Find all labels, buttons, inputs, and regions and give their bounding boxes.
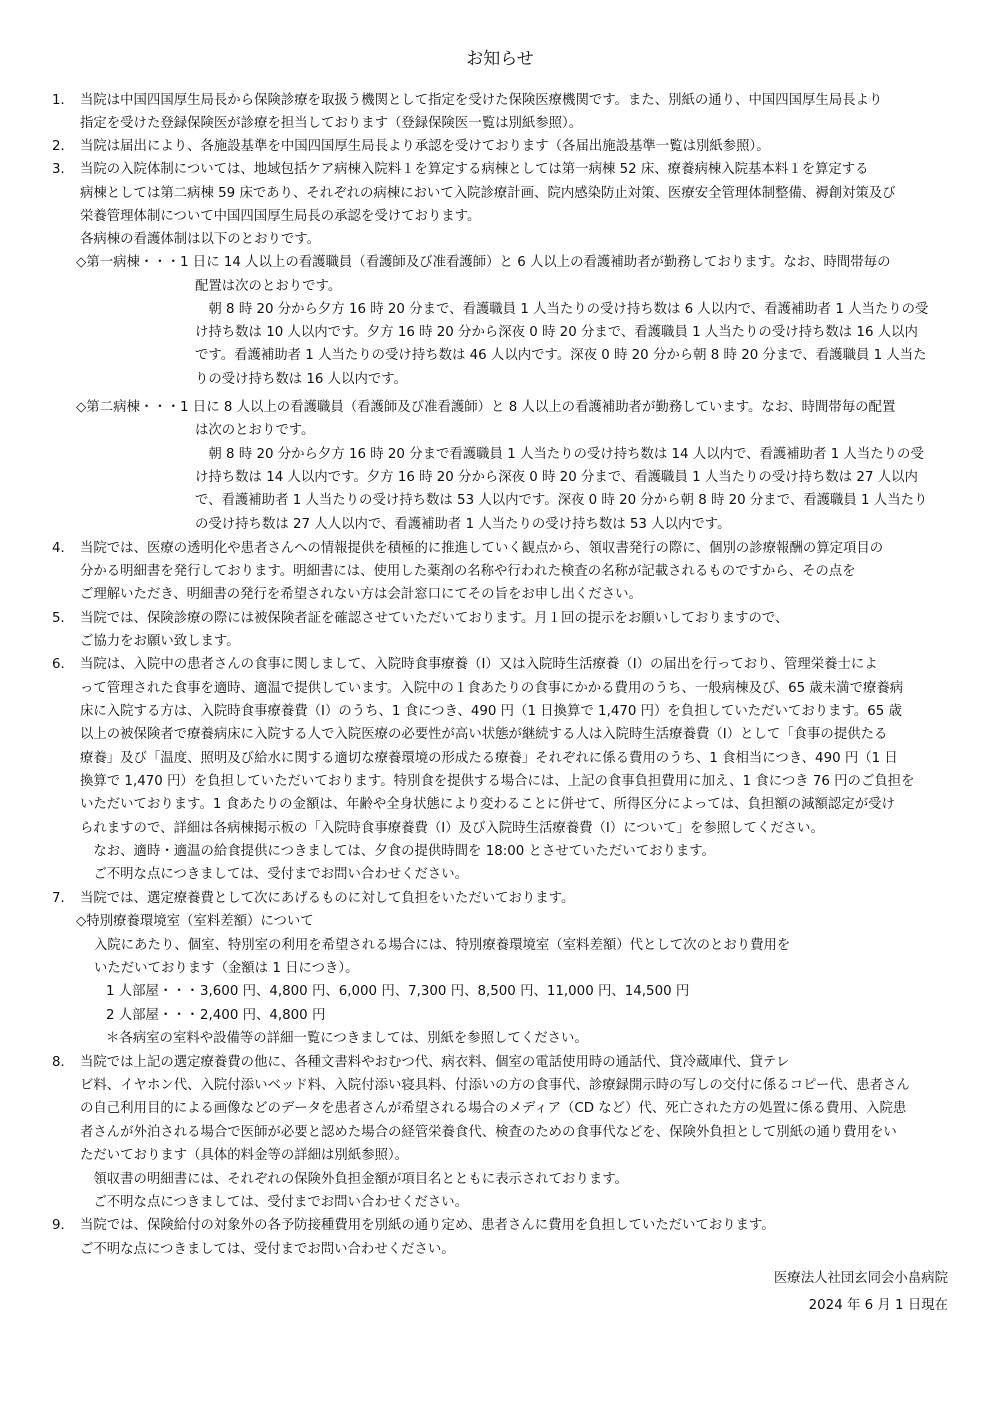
item-6-line-10: ご不明な点につきましては、受付までお問い合わせください。	[80, 866, 468, 884]
ward-2-heading: ◇第二病棟・・・1 日に 8 人以上の看護職員（看護師及び准看護師）と 8 人以…	[76, 399, 895, 417]
item-8-line-2: ビ料、イヤホン代、入院付添いベッド料、入院付添い寝具料、付添いの方の食事代、診療…	[80, 1077, 910, 1095]
ward-2-line: で、看護補助者 1 人当たりの受け持ち数は 53 人以内です。深夜 0 時 20…	[195, 492, 927, 510]
ward-1-line: 配置は次のとおりです。	[195, 278, 341, 296]
item-8-number: 8．	[52, 1054, 74, 1072]
item-1-number: 1．	[52, 92, 74, 110]
item-3-number: 3．	[52, 161, 74, 179]
room-note: ＊各病室の室料や設備等の詳細一覧につきましては、別紙を参照してください。	[106, 1030, 588, 1048]
item-1-line-1: 当院は中国四国厚生局長から保険診療を取扱う機関として指定を受けた保険医療機関です…	[80, 92, 882, 110]
item-7-line-1: 当院では、選定療養費として次にあげるものに対して負担をいただいております。	[80, 890, 574, 908]
item-9-line-2: ご不明な点につきましては、受付までお問い合わせください。	[80, 1241, 455, 1259]
item-6-line-6: 換算で 1,470 円）を負担していただいております。特別食を提供する場合には、…	[80, 773, 915, 791]
notice-title: お知らせ	[0, 48, 1000, 70]
item-4-line-1: 当院では、医療の透明化や患者さんへの情報提供を積極的に推進していく観点から、領収…	[80, 540, 883, 558]
item-2-number: 2．	[52, 138, 74, 156]
item-9-line-1: 当院では、保険給付の対象外の各予防接種費用を別紙の通り定め、患者さんに費用を負担…	[80, 1217, 775, 1235]
single-room-prices: 3,600 円、4,800 円、6,000 円、7,300 円、8,500 円、…	[200, 983, 689, 1001]
item-1-line-2: 指定を受けた登録保険医が診療を担当しております（登録保険医一覧は別紙参照）。	[80, 115, 582, 133]
double-room-label: 2 人部屋・・・	[106, 1007, 199, 1025]
organization-name: 医療法人社団玄同会小畠病院	[774, 1270, 948, 1288]
item-8-line-1: 当院では上記の選定療養費の他に、各種文書料やおむつ代、病衣料、個室の電話使用時の…	[80, 1054, 789, 1072]
item-5-number: 5．	[52, 610, 74, 628]
item-7-number: 7．	[52, 890, 74, 908]
ward-2-line: の受け持ち数は 27 人人以内で、看護補助者 1 人当たりの受け持ち数は 53 …	[195, 516, 730, 534]
item-6-line-2: って管理された食事を適時、適温で提供しています。入院中の１食あたりの食事にかかる…	[80, 680, 903, 698]
item-4-line-3: ご理解いただき、明細書の発行を希望されない方は会計窓口にてその旨をお申し出くださ…	[80, 586, 642, 604]
item-3-line-4: 各病棟の看護体制は以下のとおりです。	[80, 231, 320, 249]
double-room-prices: 2,400 円、4,800 円	[200, 1007, 325, 1025]
item-4-number: 4．	[52, 540, 74, 558]
ward-1-line: 朝 8 時 20 分から夕方 16 時 20 分まで、看護職員 1 人当たりの受…	[195, 301, 928, 319]
item-2-line-1: 当院は届出により、各施設基準を中国四国厚生局長より承認を受けております（各届出施…	[80, 138, 770, 156]
item-3-line-1: 当院の入院体制については、地域包括ケア病棟入院料１を算定する病棟としては第一病棟…	[80, 161, 869, 179]
item-6-line-9: なお、適時・適温の給食提供につきましては、夕食の提供時間を 18:00 とさせて…	[80, 843, 715, 861]
item-8-line-7: ご不明な点につきましては、受付までお問い合わせください。	[80, 1194, 468, 1212]
item-8-line-6: 領収書の明細書には、それぞれの保険外負担金額が項目名とともに表示されております。	[80, 1171, 628, 1189]
item-6-number: 6．	[52, 656, 74, 674]
single-room-label: 1 人部屋・・・	[106, 983, 199, 1001]
issue-date: 2024 年 6 月 1 日現在	[809, 1297, 948, 1315]
item-3-line-3: 栄養管理体制について中国四国厚生局長の承認を受けております。	[80, 208, 480, 226]
special-room-line-1: 入院にあたり、個室、特別室の利用を希望される場合には、特別療養環境室（室料差額）…	[94, 937, 790, 955]
item-5-line-2: ご協力をお願い致します。	[80, 633, 240, 651]
special-room-line-2: いただいております（金額は 1 日につき）。	[94, 960, 359, 978]
item-6-line-4: 以上の被保険者で療養病床に入院する人で入院医療の必要性が高い状態が継続する人は入…	[80, 726, 887, 744]
ward-1-line: です。看護補助者 1 人当たりの受け持ち数は 46 人以内です。深夜 0 時 2…	[195, 347, 927, 365]
ward-1-line: け持ち数は 10 人以内です。夕方 16 時 20 分から深夜 0 時 20 分…	[195, 324, 918, 342]
ward-2-line: け持ち数は 14 人以内です。夕方 16 時 20 分から深夜 0 時 20 分…	[195, 469, 918, 487]
item-8-line-4: 者さんが外泊される場合で医師が必要と認めた場合の経管栄養食代、検査のための食事代…	[80, 1124, 897, 1142]
item-8-line-5: ただいております（具体的料金等の詳細は別紙参照）。	[80, 1147, 408, 1165]
ward-1-line: りの受け持ち数は 16 人以内です。	[195, 371, 407, 389]
item-4-line-2: 分かる明細書を発行しております。明細書には、使用した薬剤の名称や行われた検査の名…	[80, 563, 856, 581]
ward-1-heading: ◇第一病棟・・・1 日に 14 人以上の看護職員（看護師及び准看護師）と 6 人…	[76, 254, 890, 272]
item-6-line-3: 床に入院する方は、入院時食事療養費（Ⅰ）のうち、1 食につき、490 円（1 日…	[80, 703, 902, 721]
special-room-heading: ◇特別療養環境室（室料差額）について	[76, 913, 314, 931]
ward-2-line: 朝 8 時 20 分から夕方 16 時 20 分まで看護職員 1 人当たりの受け…	[195, 446, 924, 464]
item-6-line-5: 療養」及び「温度、照明及び給水に関する適切な療養環境の形成たる療養」それぞれに係…	[80, 750, 898, 768]
item-6-line-7: いただいております。1 食あたりの金額は、年齢や全身状態により変わることに併せて…	[80, 796, 895, 814]
item-6-line-1: 当院は、入院中の患者さんの食事に関しまして、入院時食事療養（Ⅰ）又は入院時生活療…	[80, 656, 878, 674]
item-3-line-2: 病棟としては第二病棟 59 床であり、それぞれの病棟において入院診療計画、院内感…	[80, 185, 896, 203]
item-8-line-3: の自己利用目的による画像などのデータを患者さんが希望される場合のメディア（CD …	[80, 1100, 906, 1118]
ward-2-line: は次のとおりです。	[195, 422, 314, 440]
item-9-number: 9．	[52, 1217, 74, 1235]
item-6-line-8: られますので、詳細は各病棟掲示板の「入院時食事療養費（Ⅰ）及び入院時生活療養費（…	[80, 820, 824, 838]
item-5-line-1: 当院では、保険診療の際には被保険者証を確認させていただいております。月１回の提示…	[80, 610, 788, 628]
